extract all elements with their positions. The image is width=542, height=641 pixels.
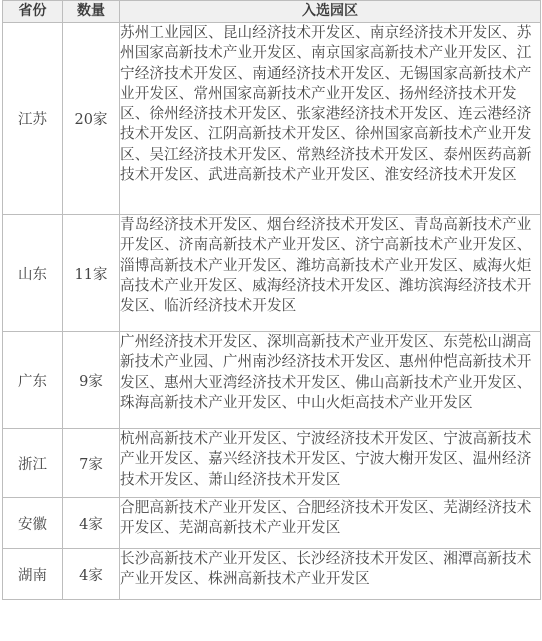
parks-cell: 杭州高新技术产业开发区、宁波经济技术开发区、宁波高新技术产业开发区、嘉兴经济技术…	[120, 429, 541, 498]
count-cell: 7家	[63, 429, 120, 498]
parks-cell: 苏州工业园区、昆山经济技术开发区、南京经济技术开发区、苏州国家高新技术产业开发区…	[120, 23, 541, 215]
header-count: 数量	[63, 1, 120, 23]
table-row-hunan: 湖南 4家 长沙高新技术产业开发区、长沙经济技术开发区、湘潭高新技术产业开发区、…	[3, 549, 541, 600]
table-header: 省份 数量 入选园区	[3, 1, 541, 23]
table-row-jiangsu: 江苏 20家 苏州工业园区、昆山经济技术开发区、南京经济技术开发区、苏州国家高新…	[3, 23, 541, 215]
parks-cell: 广州经济技术开发区、深圳高新技术产业开发区、东莞松山湖高新技术产业园、广州南沙经…	[120, 332, 541, 429]
count-cell: 11家	[63, 215, 120, 332]
parks-cell: 长沙高新技术产业开发区、长沙经济技术开发区、湘潭高新技术产业开发区、株洲高新技术…	[120, 549, 541, 600]
header-row: 省份 数量 入选园区	[3, 1, 541, 23]
province-cell: 山东	[3, 215, 63, 332]
count-cell: 4家	[63, 549, 120, 600]
table-body: 江苏 20家 苏州工业园区、昆山经济技术开发区、南京经济技术开发区、苏州国家高新…	[3, 23, 541, 600]
province-cell: 江苏	[3, 23, 63, 215]
header-province: 省份	[3, 1, 63, 23]
table-row-zhejiang: 浙江 7家 杭州高新技术产业开发区、宁波经济技术开发区、宁波高新技术产业开发区、…	[3, 429, 541, 498]
table-row-guangdong: 广东 9家 广州经济技术开发区、深圳高新技术产业开发区、东莞松山湖高新技术产业园…	[3, 332, 541, 429]
province-cell: 湖南	[3, 549, 63, 600]
table-row-anhui: 安徽 4家 合肥高新技术产业开发区、合肥经济技术开发区、芜湖经济技术开发区、芜湖…	[3, 498, 541, 549]
province-cell: 安徽	[3, 498, 63, 549]
province-cell: 广东	[3, 332, 63, 429]
province-cell: 浙江	[3, 429, 63, 498]
parks-cell: 青岛经济技术开发区、烟台经济技术开发区、青岛高新技术产业开发区、济南高新技术产业…	[120, 215, 541, 332]
header-parks: 入选园区	[120, 1, 541, 23]
development-zones-table: 省份 数量 入选园区 江苏 20家 苏州工业园区、昆山经济技术开发区、南京经济技…	[2, 0, 541, 600]
count-cell: 20家	[63, 23, 120, 215]
table-row-shandong: 山东 11家 青岛经济技术开发区、烟台经济技术开发区、青岛高新技术产业开发区、济…	[3, 215, 541, 332]
count-cell: 9家	[63, 332, 120, 429]
count-cell: 4家	[63, 498, 120, 549]
parks-cell: 合肥高新技术产业开发区、合肥经济技术开发区、芜湖经济技术开发区、芜湖高新技术产业…	[120, 498, 541, 549]
